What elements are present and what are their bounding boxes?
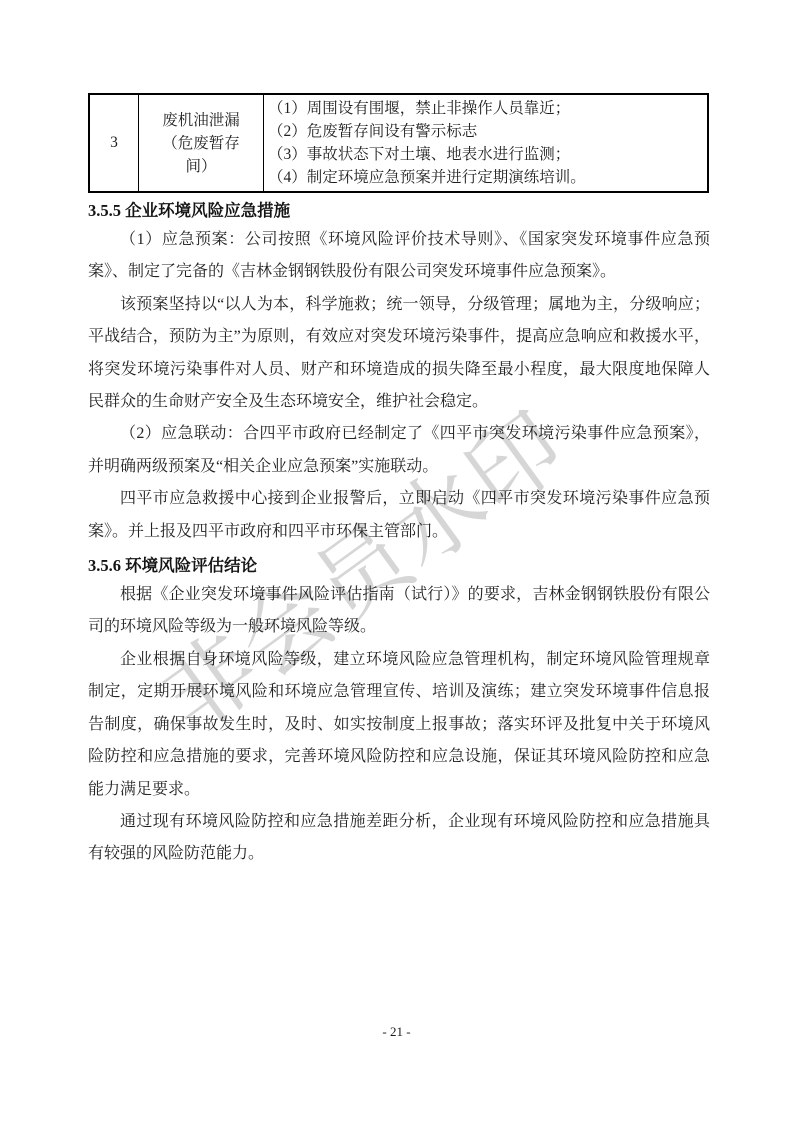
measure-item: （2）危废暂存间设有警示标志 [268,120,703,143]
page-content: 3 废机油泄漏 （危废暂存 间） （1）周围设有围堰，禁止非操作人员靠近； （2… [88,93,710,871]
risk-measures-table: 3 废机油泄漏 （危废暂存 间） （1）周围设有围堰，禁止非操作人员靠近； （2… [88,93,709,193]
measure-item: （3）事故状态下对土壤、地表水进行监测； [268,143,703,166]
section-heading-3-5-5: 3.5.5 企业环境风险应急措施 [88,200,710,221]
risk-source-line: 间） [143,155,259,178]
risk-source-line: （危废暂存 [143,132,259,155]
measure-item: （1）周围设有围堰，禁止非操作人员靠近； [268,97,703,120]
paragraph: 企业根据自身环境风险等级，建立环境风险应急管理机构，制定环境风险管理规章制定，定… [88,644,710,806]
table-row: 3 废机油泄漏 （危废暂存 间） （1）周围设有围堰，禁止非操作人员靠近； （2… [89,94,708,192]
risk-source-line: 废机油泄漏 [143,109,259,132]
risk-source-cell: 废机油泄漏 （危废暂存 间） [139,94,264,192]
measure-item: （4）制定环境应急预案并进行定期演练培训。 [268,166,703,189]
row-index-cell: 3 [89,94,139,192]
paragraph: 根据《企业突发环境事件风险评估指南（试行）》的要求，吉林金钢钢铁股份有限公司的环… [88,579,710,644]
page-number: - 21 - [0,1024,793,1040]
paragraph: （2）应急联动：合四平市政府已经制定了《四平市突发环境污染事件应急预案》，并明确… [88,418,710,483]
document-page: 非会员水印 3 废机油泄漏 （危废暂存 间） （1）周围设有围堰，禁止非操作人员… [0,0,793,1122]
measures-cell: （1）周围设有围堰，禁止非操作人员靠近； （2）危废暂存间设有警示标志 （3）事… [264,94,709,192]
paragraph: 四平市应急救援中心接到企业报警后，立即启动《四平市突发环境污染事件应急预案》。并… [88,483,710,548]
paragraph: 通过现有环境风险防控和应急措施差距分析，企业现有环境风险防控和应急措施具有较强的… [88,806,710,871]
paragraph: （1）应急预案：公司按照《环境风险评价技术导则》、《国家突发环境事件应急预案》、… [88,224,710,289]
section-heading-3-5-6: 3.5.6 环境风险评估结论 [88,555,710,576]
paragraph: 该预案坚持以“以人为本，科学施救；统一领导，分级管理；属地为主，分级响应；平战结… [88,289,710,419]
